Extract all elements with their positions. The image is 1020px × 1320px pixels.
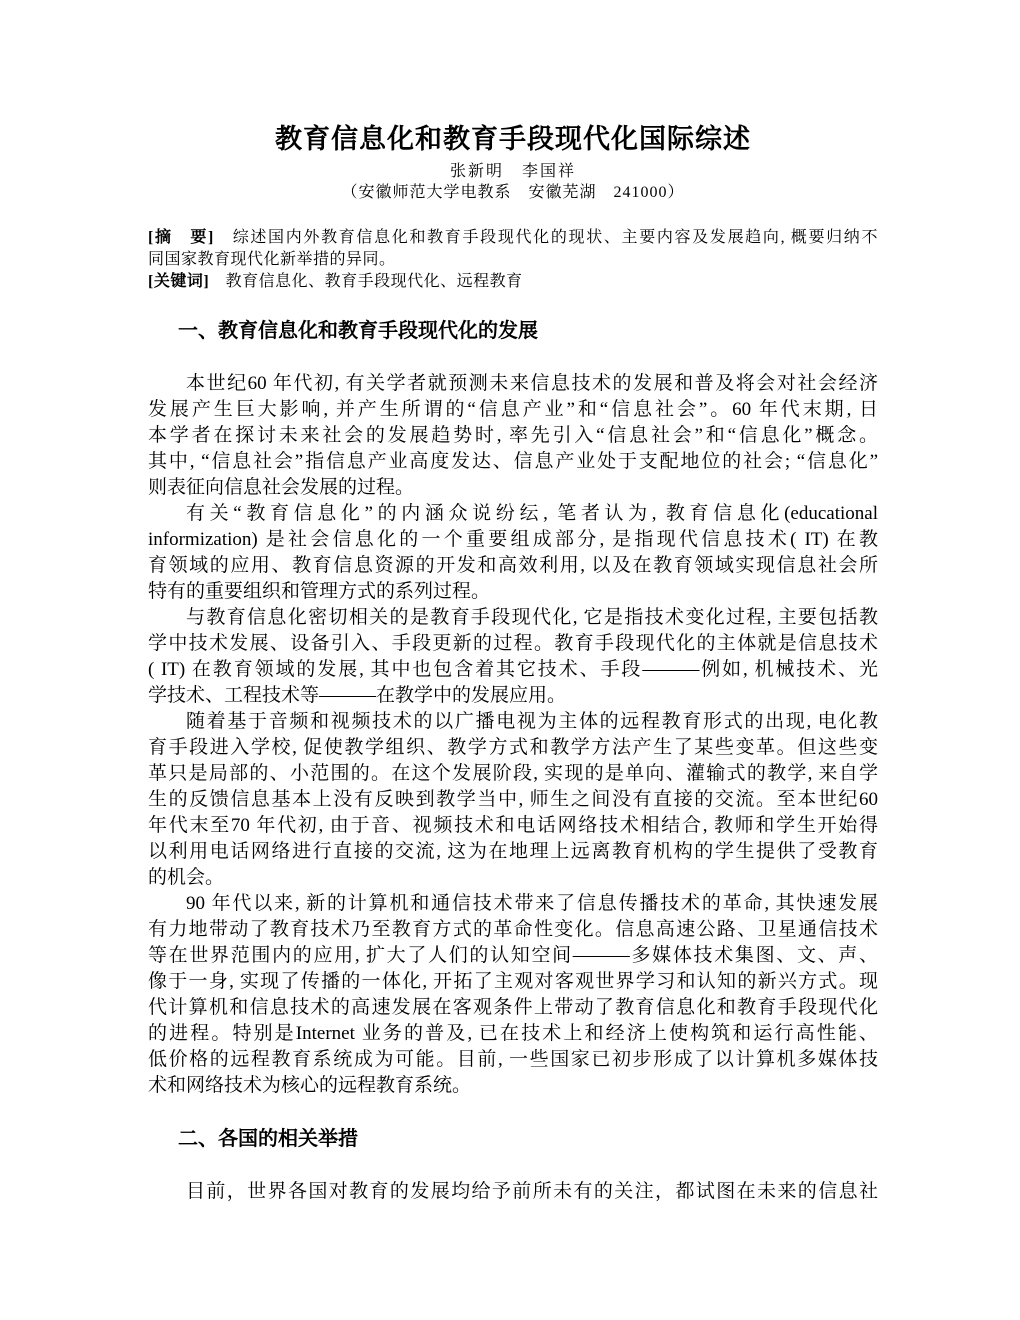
text-line: 特有的重要组织和管理方式的系列过程。 bbox=[148, 579, 878, 605]
keywords-text: 教育信息化、教育手段现代化、远程教育 bbox=[209, 273, 523, 290]
text-line: 随着基于音频和视频技术的以广播电视为主体的远程教育形式的出现, 电化教 bbox=[148, 709, 878, 735]
text-line: 与教育信息化密切相关的是教育手段现代化, 它是指技术变化过程, 主要包括教 bbox=[148, 605, 878, 631]
text-line: 育手段进入学校, 促使教学组织、教学方式和教学方法产生了某些变革。但这些变 bbox=[148, 735, 878, 761]
text-line: 有力地带动了教育技术乃至教育方式的革命性变化。信息高速公路、卫星通信技术 bbox=[148, 917, 878, 943]
section-1-body: 本世纪60 年代初, 有关学者就预测未来信息技术的发展和普及将会对社会经济发展产… bbox=[148, 371, 878, 1099]
text-line: 像于一身, 实现了传播的一体化, 开拓了主观对客观世界学习和认知的新兴方式。现 bbox=[148, 969, 878, 995]
abstract-block: [摘 要] 综述国内外教育信息化和教育手段现代化的现状、主要内容及发展趋向, 概… bbox=[148, 227, 878, 293]
paragraph-4: 随着基于音频和视频技术的以广播电视为主体的远程教育形式的出现, 电化教育手段进入… bbox=[148, 709, 878, 891]
section-1: 一、教育信息化和教育手段现代化的发展 本世纪60 年代初, 有关学者就预测未来信… bbox=[148, 319, 878, 1099]
text-line: 的机会。 bbox=[148, 865, 878, 891]
text-line: 生的反馈信息基本上没有反映到教学当中, 师生之间没有直接的交流。至本世纪60 bbox=[148, 787, 878, 813]
text-line: 本学者在探讨未来社会的发展趋势时, 率先引入“信息社会”和“信息化”概念。 bbox=[148, 423, 878, 449]
text-line: 育领域的应用、教育信息资源的开发和高效利用, 以及在教育领域实现信息社会所 bbox=[148, 553, 878, 579]
text-line: 学中技术发展、设备引入、手段更新的过程。教育手段现代化的主体就是信息技术 bbox=[148, 631, 878, 657]
paper-title: 教育信息化和教育手段现代化国际综述 bbox=[148, 122, 878, 156]
page-content: 教育信息化和教育手段现代化国际综述 张新明 李国祥 （安徽师范大学电教系 安徽芜… bbox=[148, 0, 878, 1205]
section-2-body: 目前，世界各国对教育的发展均给予前所未有的关注，都试图在未来的信息社 bbox=[148, 1179, 878, 1205]
text-line: 本世纪60 年代初, 有关学者就预测未来信息技术的发展和普及将会对社会经济 bbox=[148, 371, 878, 397]
text-line: 有关“教育信息化”的内涵众说纷纭, 笔者认为, 教育信息化(educationa… bbox=[148, 501, 878, 527]
section-2: 二、各国的相关举措 目前，世界各国对教育的发展均给予前所未有的关注，都试图在未来… bbox=[148, 1127, 878, 1205]
text-line: 的进程。特别是Internet 业务的普及, 已在技术上和经济上使构筑和运行高性… bbox=[148, 1021, 878, 1047]
document-page: 教育信息化和教育手段现代化国际综述 张新明 李国祥 （安徽师范大学电教系 安徽芜… bbox=[0, 0, 1020, 1320]
abstract-label: [摘 要] bbox=[148, 229, 214, 246]
text-line: 代计算机和信息技术的高速发展在客观条件上带动了教育信息化和教育手段现代化 bbox=[148, 995, 878, 1021]
paragraph-1: 本世纪60 年代初, 有关学者就预测未来信息技术的发展和普及将会对社会经济发展产… bbox=[148, 371, 878, 501]
section-2-heading: 二、各国的相关举措 bbox=[148, 1127, 878, 1151]
paper-affiliation: （安徽师范大学电教系 安徽芜湖 241000） bbox=[148, 182, 878, 203]
text-line: 90 年代以来, 新的计算机和通信技术带来了信息传播技术的革命, 其快速发展 bbox=[148, 891, 878, 917]
paragraph-6: 目前，世界各国对教育的发展均给予前所未有的关注，都试图在未来的信息社 bbox=[148, 1179, 878, 1205]
text-line: 术和网络技术为核心的远程教育系统。 bbox=[148, 1073, 878, 1099]
text-line: 其中, “信息社会”指信息产业高度发达、信息产业处于支配地位的社会; “信息化” bbox=[148, 449, 878, 475]
text-line: 则表征向信息社会发展的过程。 bbox=[148, 475, 878, 501]
paragraph-5: 90 年代以来, 新的计算机和通信技术带来了信息传播技术的革命, 其快速发展有力… bbox=[148, 891, 878, 1099]
keywords-label: [关键词] bbox=[148, 273, 209, 290]
section-1-heading: 一、教育信息化和教育手段现代化的发展 bbox=[148, 319, 878, 343]
abstract-text: 综述国内外教育信息化和教育手段现代化的现状、主要内容及发展趋向, 概要归纳不 bbox=[214, 229, 878, 246]
text-line: 低价格的远程教育系统成为可能。目前, 一些国家已初步形成了以计算机多媒体技 bbox=[148, 1047, 878, 1073]
abstract-line-2: 同国家教育现代化新举措的异同。 bbox=[148, 249, 878, 271]
paragraph-2: 有关“教育信息化”的内涵众说纷纭, 笔者认为, 教育信息化(educationa… bbox=[148, 501, 878, 605]
text-line: 学技术、工程技术等———在教学中的发展应用。 bbox=[148, 683, 878, 709]
paper-authors: 张新明 李国祥 bbox=[148, 161, 878, 182]
text-line: 等在世界范围内的应用, 扩大了人们的认知空间———多媒体技术集图、文、声、 bbox=[148, 943, 878, 969]
text-line: 发展产生巨大影响, 并产生所谓的“信息产业”和“信息社会”。60 年代末期, 日 bbox=[148, 397, 878, 423]
text-line: 目前，世界各国对教育的发展均给予前所未有的关注，都试图在未来的信息社 bbox=[148, 1179, 878, 1205]
text-line: 年代末至70 年代初, 由于音、视频技术和电话网络技术相结合, 教师和学生开始得 bbox=[148, 813, 878, 839]
text-line: 以利用电话网络进行直接的交流, 这为在地理上远离教育机构的学生提供了受教育 bbox=[148, 839, 878, 865]
abstract-line-1: [摘 要] 综述国内外教育信息化和教育手段现代化的现状、主要内容及发展趋向, 概… bbox=[148, 227, 878, 249]
keywords-line: [关键词] 教育信息化、教育手段现代化、远程教育 bbox=[148, 271, 878, 293]
text-line: informization) 是社会信息化的一个重要组成部分, 是指现代信息技术… bbox=[148, 527, 878, 553]
text-line: 革只是局部的、小范围的。在这个发展阶段, 实现的是单向、灌输式的教学, 来自学 bbox=[148, 761, 878, 787]
text-line: ( IT) 在教育领域的发展, 其中也包含着其它技术、手段———例如, 机械技术… bbox=[148, 657, 878, 683]
paragraph-3: 与教育信息化密切相关的是教育手段现代化, 它是指技术变化过程, 主要包括教学中技… bbox=[148, 605, 878, 709]
